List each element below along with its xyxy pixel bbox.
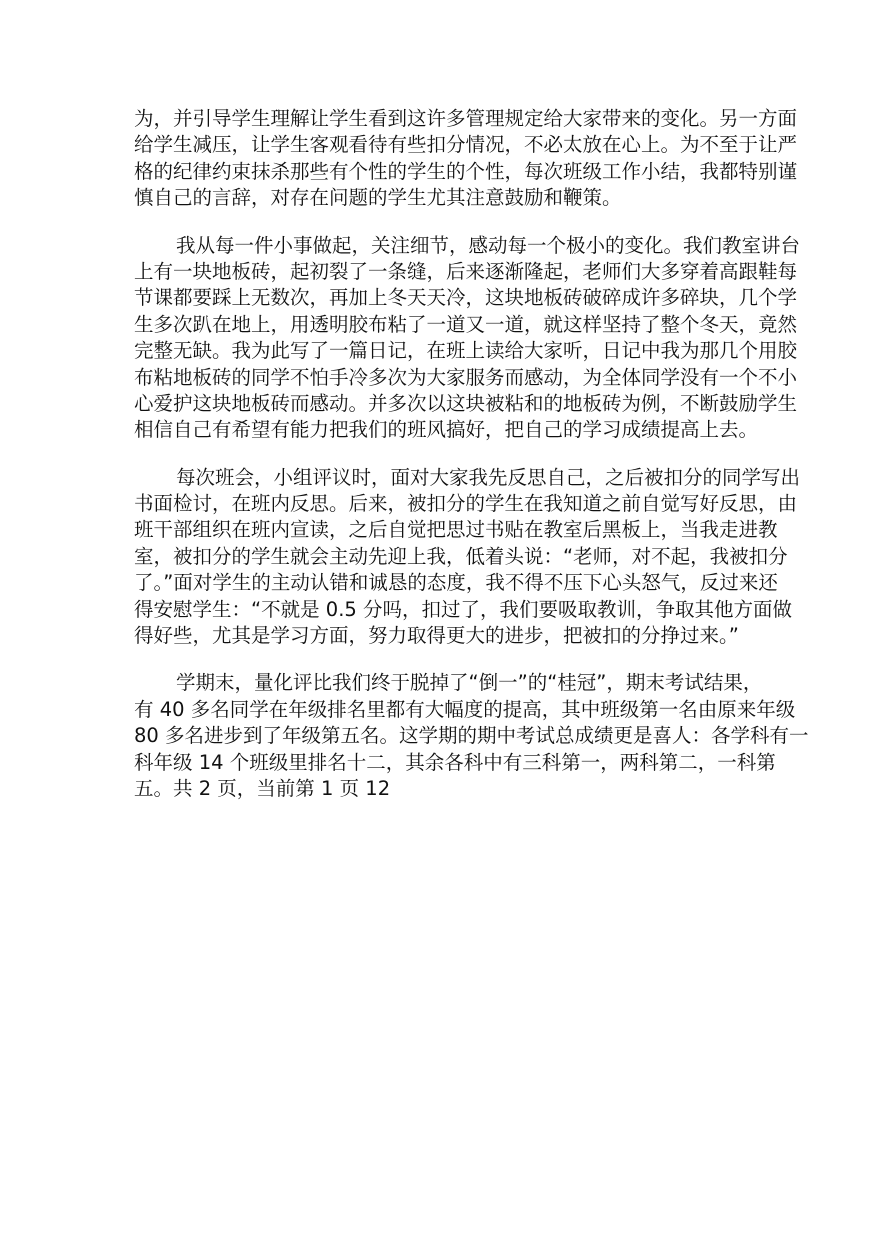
paragraph-1: 为，并引导学生理解让学生看到这许多管理规定给大家带来的变化。另一方面 给学生减压…: [134, 106, 751, 212]
paragraph-3: 每次班会，小组评议时，面对大家我先反思自己，之后被扣分的同学写出 书面检讨，在班…: [134, 465, 751, 650]
text-line: 慎自己的言辞，对存在问题的学生尤其注意鼓励和鞭策。: [134, 185, 751, 211]
text-line: 节课都要踩上无数次，再加上冬天天冷，这块地板砖破碎成许多碎块，几个学: [134, 285, 751, 311]
text-line: 80 多名进步到了年级第五名。这学期的期中考试总成绩更是喜人：各学科有一: [134, 723, 751, 749]
text-line: 为，并引导学生理解让学生看到这许多管理规定给大家带来的变化。另一方面: [134, 106, 751, 132]
text-line: 格的纪律约束抹杀那些有个性的学生的个性，每次班级工作小结，我都特别谨: [134, 159, 751, 185]
text-line: 生多次趴在地上，用透明胶布粘了一道又一道，就这样坚持了整个冬天，竟然: [134, 312, 751, 338]
text-line: 得安慰学生：“不就是 0.5 分吗，扣过了，我们要吸取教训，争取其他方面做: [134, 597, 751, 623]
page-footer-line: 五。共 2 页，当前第 1 页 12: [134, 776, 751, 802]
text-line: 上有一块地板砖，起初裂了一条缝，后来逐渐隆起，老师们大多穿着高跟鞋每: [134, 259, 751, 285]
text-line: 学期末，量化评比我们终于脱掉了“倒一”的“桂冠”，期末考试结果，: [134, 670, 751, 696]
document-page: 为，并引导学生理解让学生看到这许多管理规定给大家带来的变化。另一方面 给学生减压…: [134, 106, 751, 823]
text-line: 给学生减压，让学生客观看待有些扣分情况，不必太放在心上。为不至于让严: [134, 132, 751, 158]
text-line: 每次班会，小组评议时，面对大家我先反思自己，之后被扣分的同学写出: [134, 465, 751, 491]
text-line: 布粘地板砖的同学不怕手冷多次为大家服务而感动，为全体同学没有一个不小: [134, 365, 751, 391]
text-line: 得好些，尤其是学习方面，努力取得更大的进步，把被扣的分挣过来。”: [134, 623, 751, 649]
text-line: 书面检讨，在班内反思。后来，被扣分的学生在我知道之前自觉写好反思，由: [134, 491, 751, 517]
text-line: 我从每一件小事做起，关注细节，感动每一个极小的变化。我们教室讲台: [134, 233, 751, 259]
text-line: 相信自己有希望有能力把我们的班风搞好，把自己的学习成绩提高上去。: [134, 417, 751, 443]
paragraph-2: 我从每一件小事做起，关注细节，感动每一个极小的变化。我们教室讲台 上有一块地板砖…: [134, 233, 751, 444]
text-line: 班干部组织在班内宣读，之后自觉把思过书贴在教室后黑板上，当我走进教: [134, 517, 751, 543]
text-line: 心爱护这块地板砖而感动。并多次以这块被粘和的地板砖为例，不断鼓励学生: [134, 391, 751, 417]
text-line: 有 40 多名同学在年级排名里都有大幅度的提高，其中班级第一名由原来年级: [134, 697, 751, 723]
text-line: 了。”面对学生的主动认错和诚恳的态度，我不得不压下心头怒气，反过来还: [134, 570, 751, 596]
text-line: 室，被扣分的学生就会主动先迎上我，低着头说：“老师，对不起，我被扣分: [134, 544, 751, 570]
text-line: 科年级 14 个班级里排名十二，其余各科中有三科第一，两科第二，一科第: [134, 750, 751, 776]
text-line: 完整无缺。我为此写了一篇日记，在班上读给大家听，日记中我为那几个用胶: [134, 338, 751, 364]
paragraph-4: 学期末，量化评比我们终于脱掉了“倒一”的“桂冠”，期末考试结果， 有 40 多名…: [134, 670, 751, 802]
